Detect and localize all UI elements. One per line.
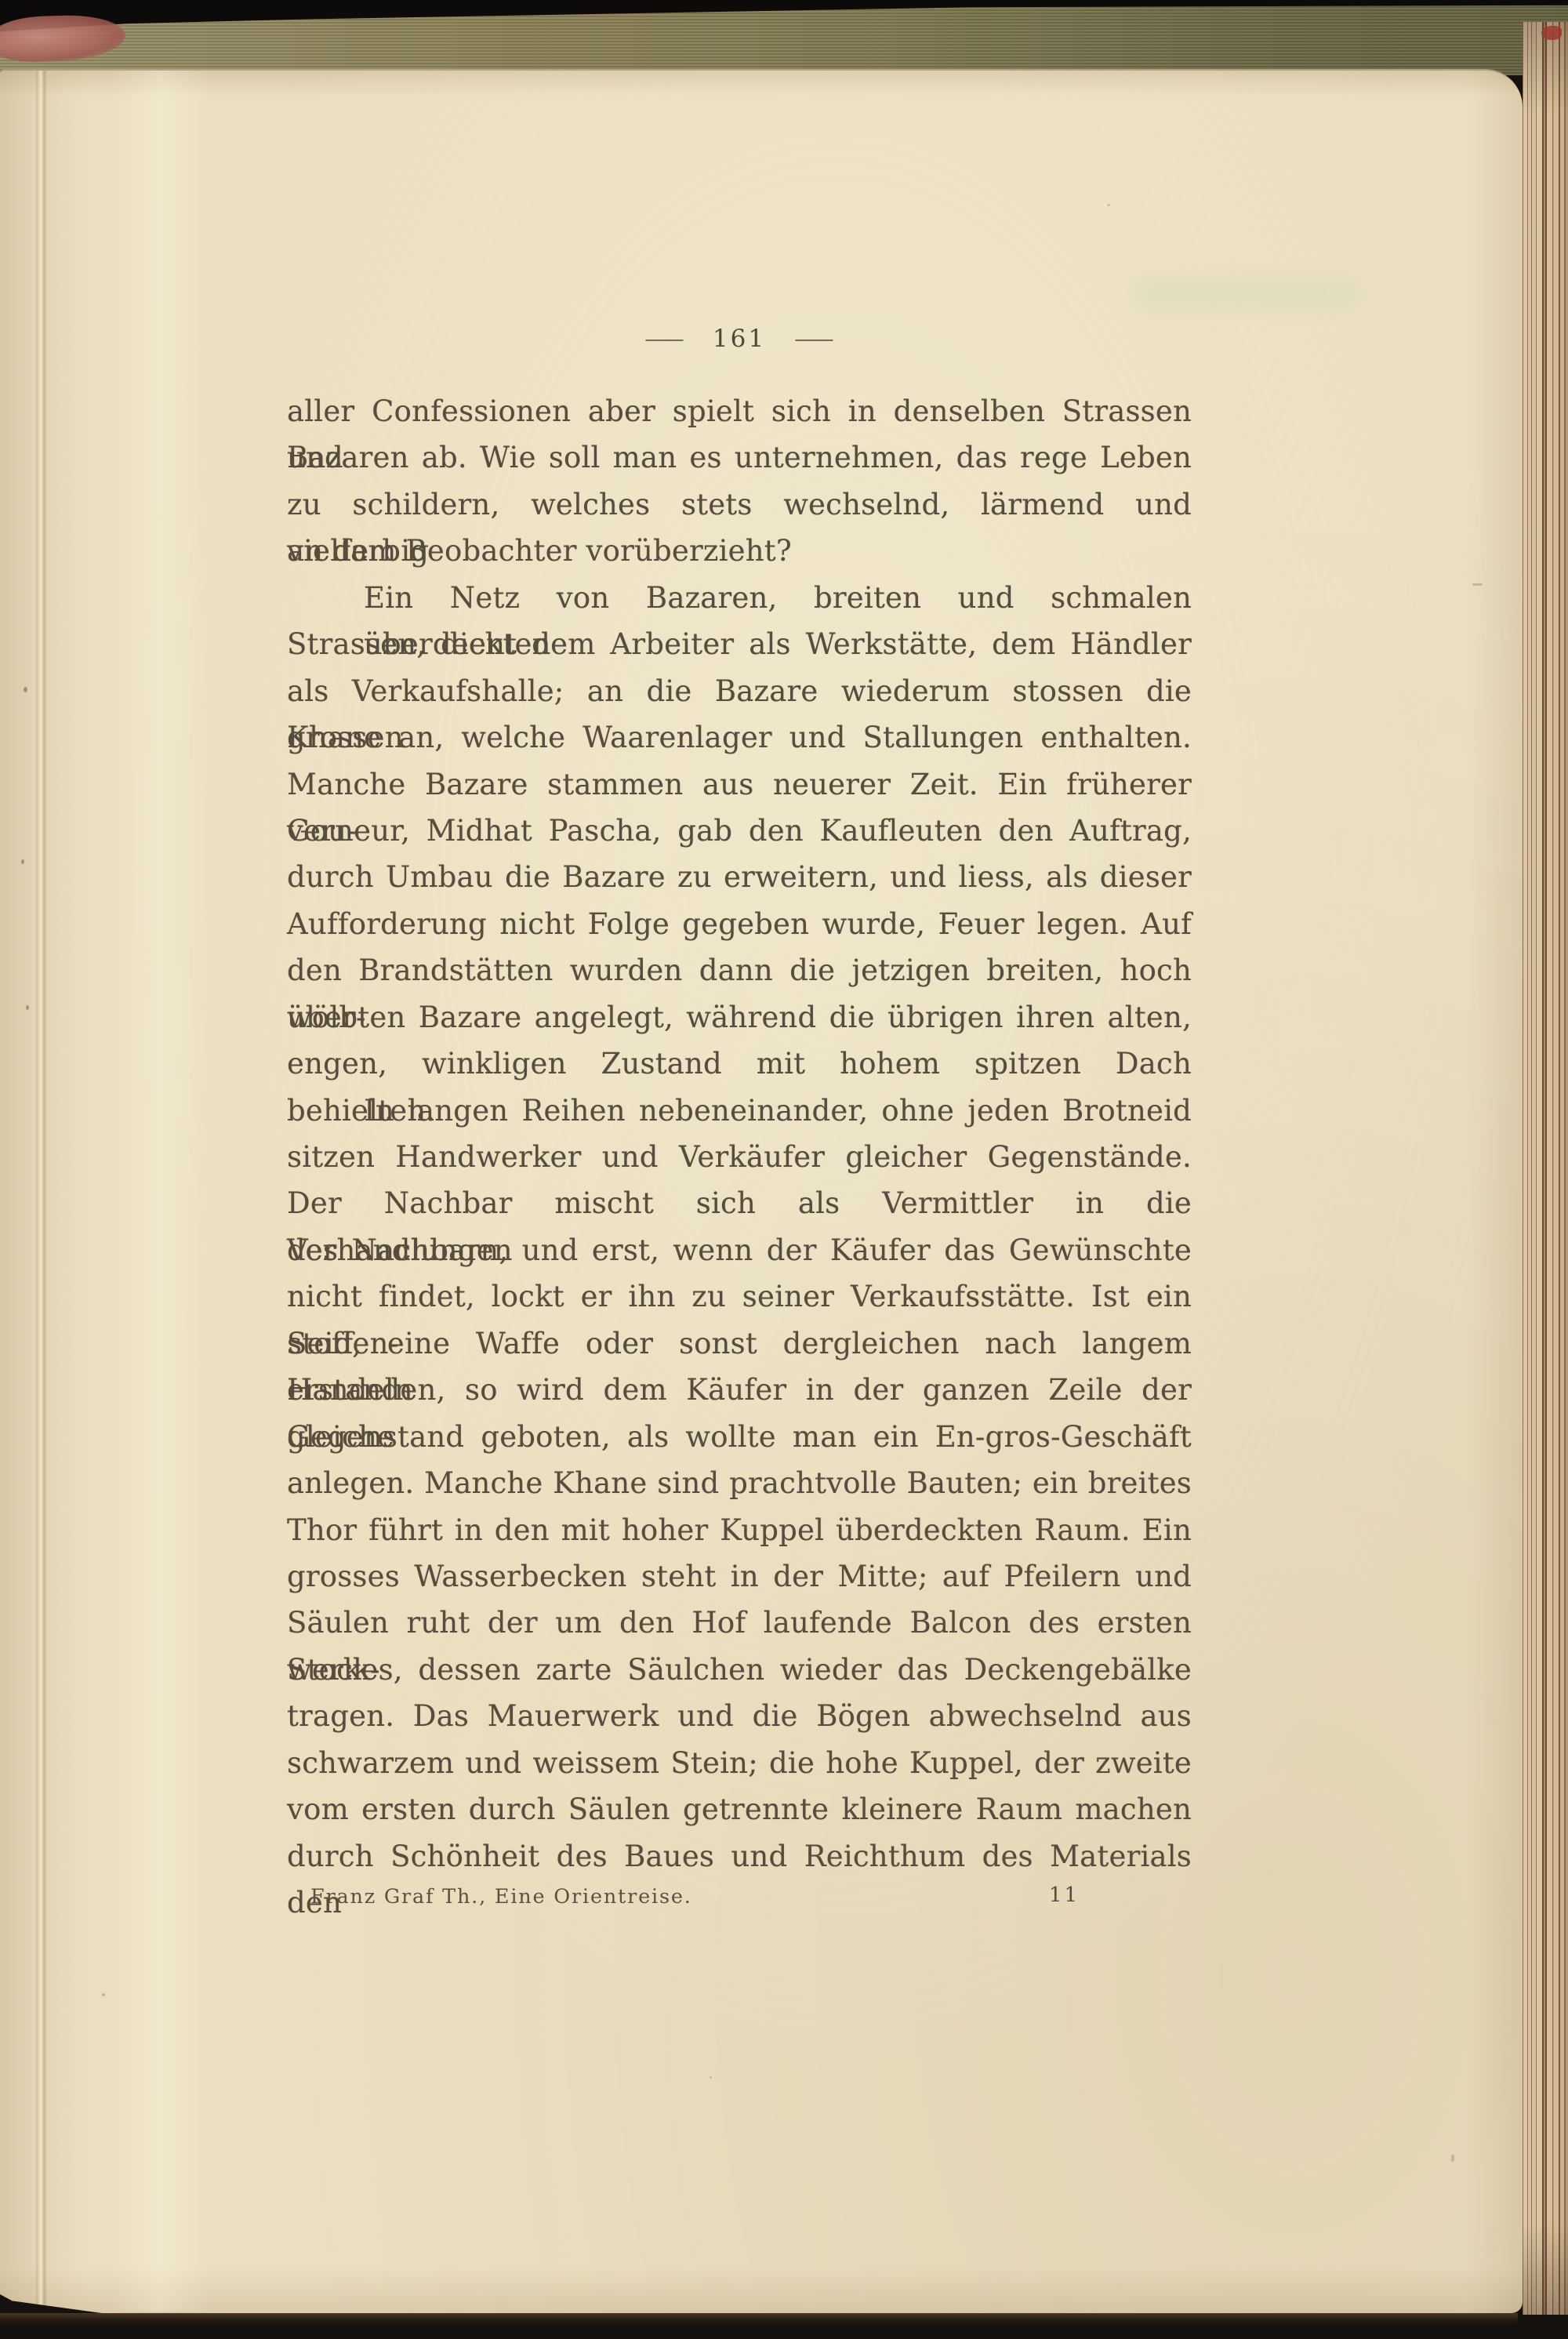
foxing-speck <box>1451 2155 1454 2162</box>
page-number: 161 <box>713 325 766 353</box>
text-line: Bazaren ab. Wie soll man es unternehmen,… <box>287 434 1192 481</box>
text-line: tragen. Das Mauerwerk und die Bögen abwe… <box>287 1693 1192 1739</box>
paper-smudge <box>1133 276 1360 311</box>
text-line: durch Umbau die Bazare zu erweitern, und… <box>287 854 1192 900</box>
text-line: Säulen ruht der um den Hof laufende Balc… <box>287 1600 1192 1646</box>
text-line: werkes, dessen zarte Säulchen wieder das… <box>287 1647 1192 1693</box>
foxing-speck <box>102 1993 105 1996</box>
text-line: Khane an, welche Waarenlager und Stallun… <box>287 714 1192 761</box>
header-dash-right: — <box>793 325 835 353</box>
book-scan: — 161 — aller Confessionen aber spielt s… <box>0 0 1568 2339</box>
text-line: Der Nachbar mischt sich als Vermittler i… <box>287 1180 1192 1226</box>
text-line: stoff, eine Waffe oder sonst dergleichen… <box>287 1320 1192 1367</box>
page-footer: Franz Graf Th., Eine Orientreise. 11 <box>287 1879 1192 1913</box>
text-line: Manche Bazare stammen aus neuerer Zeit. … <box>287 761 1192 808</box>
text-line: Strassen, dient dem Arbeiter als Werkstä… <box>287 621 1192 667</box>
text-line: wölbten Bazare angelegt, während die übr… <box>287 994 1192 1041</box>
page-header: — 161 — <box>287 321 1192 356</box>
footer-signature: Franz Graf Th., Eine Orientreise. <box>310 1885 692 1909</box>
text-line: nicht findet, lockt er ihn zu seiner Ver… <box>287 1273 1192 1320</box>
header-dash-left: — <box>644 325 685 353</box>
foxing-speck <box>1472 583 1483 586</box>
text-line: zu schildern, welches stets wechselnd, l… <box>287 481 1192 528</box>
text-line: Gegenstand geboten, als wollte man ein E… <box>287 1414 1192 1460</box>
text-line: als Verkaufshalle; an die Bazare wiederu… <box>287 668 1192 714</box>
foxing-speck <box>26 1005 29 1010</box>
text-line: In langen Reihen nebeneinander, ohne jed… <box>287 1088 1192 1134</box>
fore-edge-page-stack <box>1523 22 1568 2315</box>
text-line: Thor führt in den mit hoher Kuppel überd… <box>287 1507 1192 1553</box>
text-line: verneur, Midhat Pascha, gab den Kaufleut… <box>287 808 1192 854</box>
footer-sheet-number: 11 <box>1049 1883 1080 1907</box>
foxing-speck <box>21 859 24 864</box>
foxing-speck <box>1107 204 1110 206</box>
text-line: grosses Wasserbecken steht in der Mitte;… <box>287 1553 1192 1600</box>
gutter-highlight <box>110 71 212 2312</box>
body-text-block: aller Confessionen aber spielt sich in d… <box>287 388 1192 1880</box>
text-line: aller Confessionen aber spielt sich in d… <box>287 388 1192 434</box>
red-edge-mark <box>1541 26 1562 40</box>
text-line: Ein Netz von Bazaren, breiten und schmal… <box>287 575 1192 621</box>
text-line: erstanden, so wird dem Käufer in der gan… <box>287 1367 1192 1413</box>
text-line: den Brandstätten wurden dann die jetzige… <box>287 947 1192 993</box>
text-line: schwarzem und weissem Stein; die hohe Ku… <box>287 1740 1192 1786</box>
text-line: anlegen. Manche Khane sind prachtvolle B… <box>287 1460 1192 1506</box>
text-line: sitzen Handwerker und Verkäufer gleicher… <box>287 1134 1192 1180</box>
text-line: engen, winkligen Zustand mit hohem spitz… <box>287 1041 1192 1087</box>
text-line: des Nachbarn, und erst, wenn der Käufer … <box>287 1227 1192 1273</box>
text-line: Aufforderung nicht Folge gegeben wurde, … <box>287 901 1192 947</box>
gutter-crease <box>36 71 47 2312</box>
text-line: durch Schönheit des Baues und Reichthum … <box>287 1833 1192 1880</box>
text-line: vom ersten durch Säulen getrennte kleine… <box>287 1786 1192 1832</box>
foxing-speck <box>710 2076 712 2079</box>
foxing-speck <box>24 687 27 692</box>
text-line: an dem Beobachter vorüberzieht? <box>287 528 1192 574</box>
